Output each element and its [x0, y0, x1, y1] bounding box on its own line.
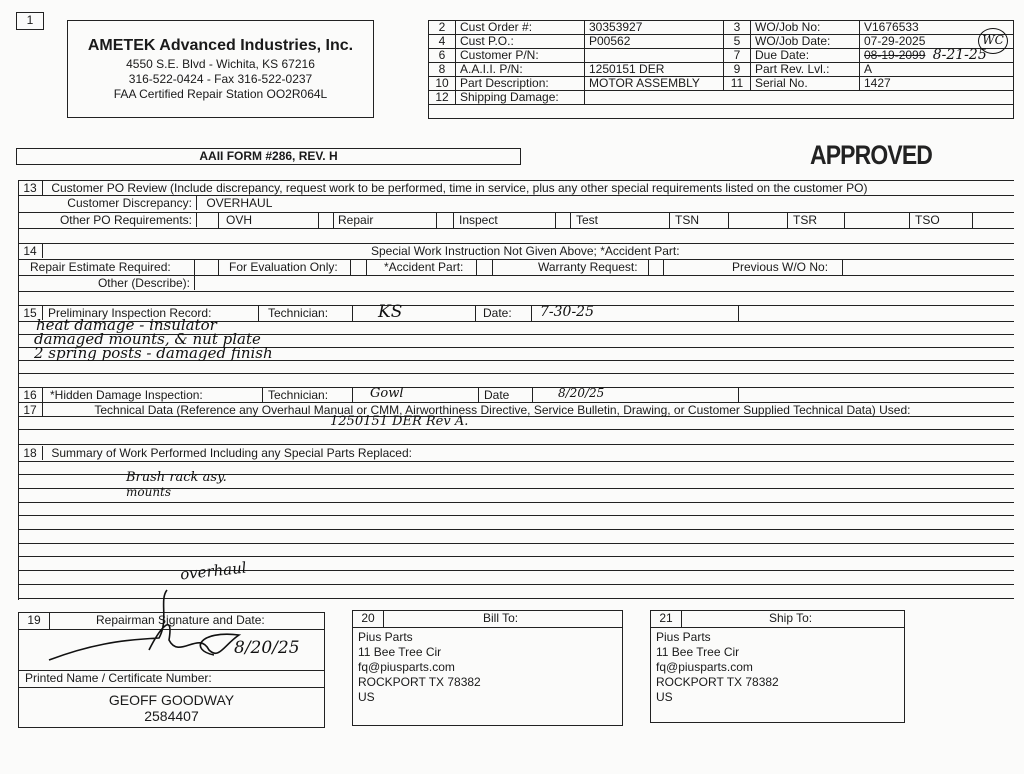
shipping-damage-value[interactable]	[585, 91, 1014, 105]
field-num: 10	[429, 77, 456, 91]
field-num: 4	[429, 35, 456, 49]
hidden-damage-label: *Hidden Damage Inspection:	[50, 388, 203, 402]
section-num: 13	[18, 181, 43, 195]
other-describe-label: Other (Describe):	[18, 276, 195, 290]
serial-no-value[interactable]: 1427	[860, 77, 1014, 91]
shipping-damage-label: Shipping Damage:	[456, 91, 585, 105]
field-num: 3	[724, 21, 751, 35]
date-value[interactable]: 8/20/25	[558, 386, 604, 400]
option-test[interactable]: Test	[576, 213, 598, 227]
company-block: AMETEK Advanced Industries, Inc. 4550 S.…	[67, 20, 374, 118]
technician-label: Technician:	[268, 388, 328, 402]
approved-stamp: APPROVED	[810, 140, 932, 171]
section-17-header: 17 Technical Data (Reference any Overhau…	[18, 403, 1014, 417]
part-rev-label: Part Rev. Lvl.:	[751, 63, 860, 77]
technical-data-value[interactable]: 1250151 DER Rev A.	[330, 414, 468, 429]
customer-pn-value[interactable]	[585, 49, 724, 63]
section-num: 18	[18, 446, 43, 460]
company-certification: FAA Certified Repair Station OO2R064L	[68, 87, 373, 101]
accident-part-label: *Accident Part:	[384, 260, 463, 274]
bill-to-company: Pius Parts	[358, 630, 617, 645]
company-address: 4550 S.E. Blvd - Wichita, KS 67216	[68, 57, 373, 71]
section-14-fields-row: Repair Estimate Required: For Evaluation…	[18, 260, 1014, 275]
customer-discrepancy-label: Customer Discrepancy:	[18, 196, 197, 210]
ship-to-street: 11 Bee Tree Cir	[656, 645, 899, 660]
header-row: 2 Cust Order #: 30353927 3 WO/Job No: V1…	[429, 21, 1014, 35]
for-evaluation-label: For Evaluation Only:	[229, 260, 338, 274]
option-tsn[interactable]: TSN	[675, 213, 699, 227]
work-note-1[interactable]: Brush rack asy.	[126, 470, 227, 485]
section-num: 14	[18, 244, 43, 258]
cust-order-value[interactable]: 30353927	[585, 21, 724, 35]
section-18-header: 18 Summary of Work Performed Including a…	[18, 446, 1014, 460]
repair-estimate-label: Repair Estimate Required:	[30, 260, 171, 274]
section-title: Ship To:	[769, 611, 812, 626]
box-number-1: 1	[16, 12, 44, 30]
signature-scribble-icon	[49, 590, 229, 680]
company-phone: 316-522-0424 - Fax 316-522-0237	[68, 72, 373, 86]
ship-to-company: Pius Parts	[656, 630, 899, 645]
field-num: 2	[429, 21, 456, 35]
customer-pn-label: Customer P/N:	[456, 49, 585, 63]
header-row: 6 Customer P/N: 7 Due Date: 08-19-2099 8…	[429, 49, 1014, 63]
initials-circle-mark: WC	[978, 28, 1008, 54]
technician-label: Technician:	[268, 306, 328, 320]
company-name: AMETEK Advanced Industries, Inc.	[68, 37, 373, 55]
initials-text: WC	[982, 33, 1004, 47]
field-num: 9	[724, 63, 751, 77]
ship-to-country: US	[656, 690, 899, 705]
section-14-header: 14 Special Work Instruction Not Given Ab…	[18, 244, 1014, 258]
field-num: 5	[724, 35, 751, 49]
cust-po-label: Cust P.O.:	[456, 35, 585, 49]
technician-value[interactable]: Gowl	[370, 386, 404, 401]
section-title: Technical Data (Reference any Overhaul M…	[46, 403, 910, 417]
option-tsr[interactable]: TSR	[793, 213, 817, 227]
warranty-request-label: Warranty Request:	[538, 260, 638, 274]
bill-to-city: ROCKPORT TX 78382	[358, 675, 617, 690]
part-description-value[interactable]: MOTOR ASSEMBLY	[585, 77, 724, 91]
date-label: Date:	[483, 306, 512, 320]
inspection-note-3[interactable]: 2 spring posts - damaged finish	[34, 344, 273, 362]
due-date-handwritten: 8-21-25	[933, 47, 987, 63]
option-inspect[interactable]: Inspect	[459, 213, 498, 227]
signature-area[interactable]: 8/20/25	[19, 630, 324, 671]
technician-value[interactable]: KS	[378, 302, 402, 322]
field-num: 12	[429, 91, 456, 105]
section-title: Summary of Work Performed Including any …	[46, 446, 412, 460]
due-date-original: 08-19-2099	[864, 48, 925, 62]
section-num: 16	[18, 388, 43, 402]
other-po-requirements-row: Other PO Requirements: OVH Repair Inspec…	[18, 213, 1014, 228]
part-description-label: Part Description:	[456, 77, 585, 91]
section-13-header: 13 Customer PO Review (Include discrepan…	[18, 181, 1014, 195]
section-num: 20	[353, 611, 384, 627]
aaii-pn-value[interactable]: 1250151 DER	[585, 63, 724, 77]
ship-to-email[interactable]: fq@piusparts.com	[656, 660, 899, 675]
printed-name: GEOFF GOODWAY	[19, 692, 324, 708]
field-num: 6	[429, 49, 456, 63]
repairman-signature-box: 19 Repairman Signature and Date: 8/20/25…	[18, 612, 325, 728]
section-title: Special Work Instruction Not Given Above…	[371, 244, 680, 258]
section-num: 21	[651, 611, 682, 627]
ship-to-box: 21 Ship To: Pius Parts 11 Bee Tree Cir f…	[650, 610, 905, 723]
customer-discrepancy-value[interactable]: OVERHAUL	[200, 196, 272, 210]
form-id: AAII FORM #286, REV. H	[199, 149, 337, 163]
field-num: 11	[724, 77, 751, 91]
form-id-bar: AAII FORM #286, REV. H	[16, 148, 521, 165]
header-row: 8 A.A.I.I. P/N: 1250151 DER 9 Part Rev. …	[429, 63, 1014, 77]
serial-no-label: Serial No.	[751, 77, 860, 91]
option-tso[interactable]: TSO	[915, 213, 940, 227]
other-po-requirements-label: Other PO Requirements:	[18, 213, 197, 227]
header-row: 4 Cust P.O.: P00562 5 WO/Job Date: 07-29…	[429, 35, 1014, 49]
previous-wo-label: Previous W/O No:	[732, 260, 828, 274]
section-num: 19	[19, 613, 50, 629]
header-row: 12 Shipping Damage:	[429, 91, 1014, 105]
section-title: Customer PO Review (Include discrepancy,…	[46, 181, 867, 195]
box-number-label: 1	[27, 13, 34, 27]
other-describe-row: Other (Describe):	[18, 276, 1014, 290]
cust-order-label: Cust Order #:	[456, 21, 585, 35]
date-value[interactable]: 7-30-25	[540, 304, 594, 320]
work-note-2[interactable]: mounts	[126, 485, 171, 499]
blank-row	[429, 105, 1014, 119]
wo-job-date-label: WO/Job Date:	[751, 35, 860, 49]
customer-discrepancy-row: Customer Discrepancy: OVERHAUL	[18, 196, 1014, 210]
cust-po-value[interactable]: P00562	[585, 35, 724, 49]
field-num: 7	[724, 49, 751, 63]
header-fields: 2 Cust Order #: 30353927 3 WO/Job No: V1…	[428, 20, 1014, 119]
bill-to-country: US	[358, 690, 617, 705]
option-ovh[interactable]: OVH	[226, 213, 252, 227]
part-rev-value[interactable]: A	[860, 63, 1014, 77]
signature-date: 8/20/25	[234, 638, 300, 658]
bill-to-email[interactable]: fq@piusparts.com	[358, 660, 617, 675]
wo-job-no-label: WO/Job No:	[751, 21, 860, 35]
aaii-pn-label: A.A.I.I. P/N:	[456, 63, 585, 77]
bill-to-box: 20 Bill To: Pius Parts 11 Bee Tree Cir f…	[352, 610, 623, 726]
section-16-header: 16 *Hidden Damage Inspection: Technician…	[18, 388, 1014, 402]
field-num: 8	[429, 63, 456, 77]
option-repair[interactable]: Repair	[338, 213, 373, 227]
certificate-number: 2584407	[19, 708, 324, 724]
date-label: Date	[484, 388, 509, 402]
due-date-label: Due Date:	[751, 49, 860, 63]
section-num: 17	[18, 403, 43, 417]
ship-to-city: ROCKPORT TX 78382	[656, 675, 899, 690]
bill-to-street: 11 Bee Tree Cir	[358, 645, 617, 660]
header-row: 10 Part Description: MOTOR ASSEMBLY 11 S…	[429, 77, 1014, 91]
section-title: Bill To:	[483, 611, 518, 626]
